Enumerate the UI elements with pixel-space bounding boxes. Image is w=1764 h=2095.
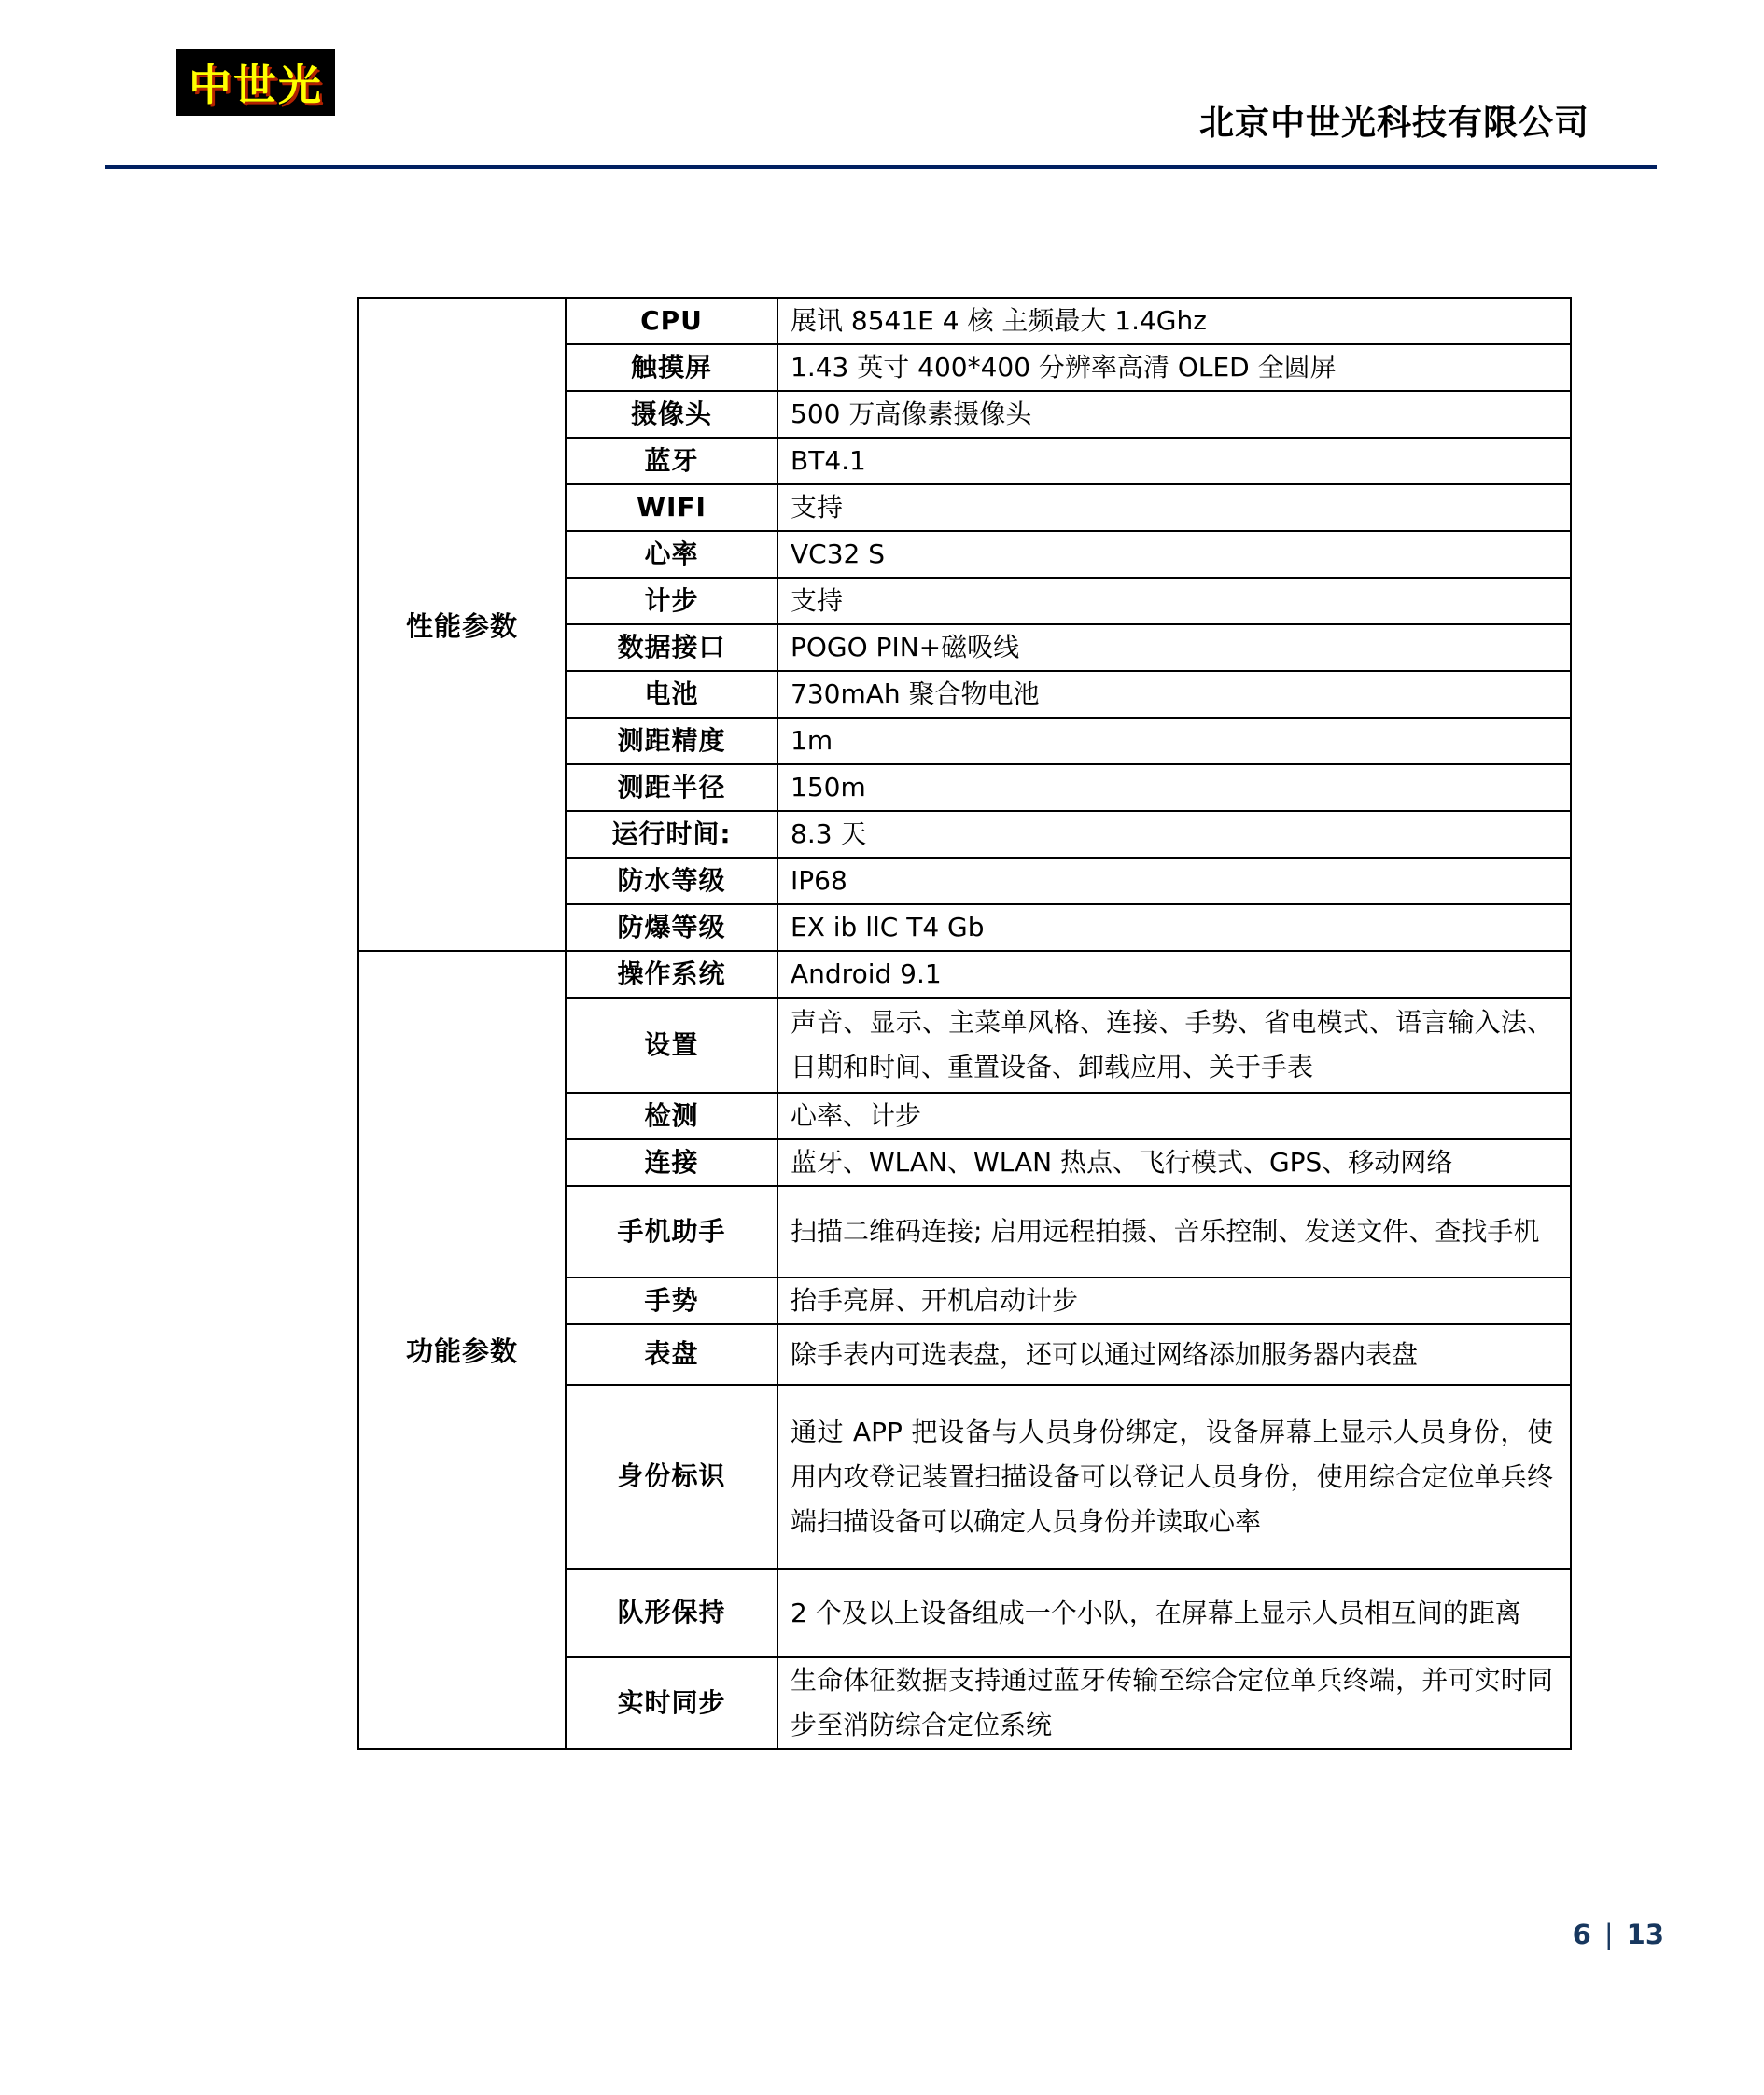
company-name: 北京中世光科技有限公司 bbox=[1199, 94, 1589, 145]
spec-value-cell: POGO PIN+磁吸线 bbox=[777, 624, 1571, 671]
spec-value-cell: 500 万高像素摄像头 bbox=[777, 391, 1571, 438]
spec-label-cell: 防水等级 bbox=[566, 858, 777, 904]
section-header-cell: 性能参数 bbox=[358, 298, 566, 951]
spec-value-cell: 通过 APP 把设备与人员身份绑定，设备屏幕上显示人员身份，使用内攻登记装置扫描… bbox=[777, 1385, 1571, 1569]
header-divider bbox=[105, 165, 1657, 169]
spec-value-cell: VC32 S bbox=[777, 531, 1571, 578]
spec-label-cell: 运行时间: bbox=[566, 811, 777, 858]
spec-label-cell: 连接 bbox=[566, 1139, 777, 1186]
spec-value-cell: 生命体征数据支持通过蓝牙传输至综合定位单兵终端，并可实时同步至消防综合定位系统 bbox=[777, 1657, 1571, 1749]
spec-value-cell: 展讯 8541E 4 核 主频最大 1.4Ghz bbox=[777, 298, 1571, 344]
spec-value-cell: 除手表内可选表盘，还可以通过网络添加服务器内表盘 bbox=[777, 1324, 1571, 1385]
spec-label-cell: 表盘 bbox=[566, 1324, 777, 1385]
spec-value-cell: 声音、显示、主菜单风格、连接、手势、省电模式、语言输入法、日期和时间、重置设备、… bbox=[777, 998, 1571, 1093]
spec-label-cell: 操作系统 bbox=[566, 951, 777, 998]
spec-label-cell: 电池 bbox=[566, 671, 777, 718]
spec-value-cell: 730mAh 聚合物电池 bbox=[777, 671, 1571, 718]
spec-label-cell: 计步 bbox=[566, 578, 777, 624]
spec-label-cell: 队形保持 bbox=[566, 1569, 777, 1657]
table-row: 功能参数操作系统Android 9.1 bbox=[358, 951, 1571, 998]
spec-label-cell: 摄像头 bbox=[566, 391, 777, 438]
spec-label-cell: 触摸屏 bbox=[566, 344, 777, 391]
total-pages: 13 bbox=[1627, 1919, 1664, 1950]
spec-value-cell: 1.43 英寸 400*400 分辨率高清 OLED 全圆屏 bbox=[777, 344, 1571, 391]
current-page: 6 bbox=[1573, 1919, 1591, 1950]
spec-label-cell: 实时同步 bbox=[566, 1657, 777, 1749]
spec-value-cell: EX ib llC T4 Gb bbox=[777, 904, 1571, 951]
spec-label-cell: 心率 bbox=[566, 531, 777, 578]
document-page: 中世光 北京中世光科技有限公司 性能参数CPU展讯 8541E 4 核 主频最大… bbox=[0, 0, 1764, 2095]
spec-label-cell: 测距半径 bbox=[566, 764, 777, 811]
spec-label-cell: 检测 bbox=[566, 1093, 777, 1139]
table-row: 性能参数CPU展讯 8541E 4 核 主频最大 1.4Ghz bbox=[358, 298, 1571, 344]
spec-value-cell: IP68 bbox=[777, 858, 1571, 904]
spec-label-cell: 设置 bbox=[566, 998, 777, 1093]
spec-value-cell: 8.3 天 bbox=[777, 811, 1571, 858]
spec-value-cell: 1m bbox=[777, 718, 1571, 764]
spec-value-cell: 抬手亮屏、开机启动计步 bbox=[777, 1278, 1571, 1324]
spec-value-cell: BT4.1 bbox=[777, 438, 1571, 484]
spec-label-cell: 身份标识 bbox=[566, 1385, 777, 1569]
spec-label-cell: 手势 bbox=[566, 1278, 777, 1324]
spec-label-cell: 蓝牙 bbox=[566, 438, 777, 484]
spec-label-cell: CPU bbox=[566, 298, 777, 344]
spec-value-cell: 支持 bbox=[777, 578, 1571, 624]
spec-label-cell: WIFI bbox=[566, 484, 777, 531]
company-logo: 中世光 bbox=[176, 49, 335, 116]
spec-label-cell: 手机助手 bbox=[566, 1186, 777, 1278]
spec-label-cell: 数据接口 bbox=[566, 624, 777, 671]
page-number: 6|13 bbox=[1573, 1919, 1664, 1950]
logo-text: 中世光 bbox=[189, 51, 323, 113]
spec-value-cell: 扫描二维码连接; 启用远程拍摄、音乐控制、发送文件、查找手机 bbox=[777, 1186, 1571, 1278]
spec-value-cell: 蓝牙、WLAN、WLAN 热点、飞行模式、GPS、移动网络 bbox=[777, 1139, 1571, 1186]
spec-value-cell: 支持 bbox=[777, 484, 1571, 531]
spec-table: 性能参数CPU展讯 8541E 4 核 主频最大 1.4Ghz触摸屏1.43 英… bbox=[357, 297, 1572, 1750]
spec-value-cell: 150m bbox=[777, 764, 1571, 811]
spec-value-cell: Android 9.1 bbox=[777, 951, 1571, 998]
spec-value-cell: 心率、计步 bbox=[777, 1093, 1571, 1139]
section-header-cell: 功能参数 bbox=[358, 951, 566, 1749]
spec-label-cell: 防爆等级 bbox=[566, 904, 777, 951]
spec-value-cell: 2 个及以上设备组成一个小队，在屏幕上显示人员相互间的距离 bbox=[777, 1569, 1571, 1657]
spec-label-cell: 测距精度 bbox=[566, 718, 777, 764]
page-separator-icon: | bbox=[1604, 1919, 1614, 1950]
